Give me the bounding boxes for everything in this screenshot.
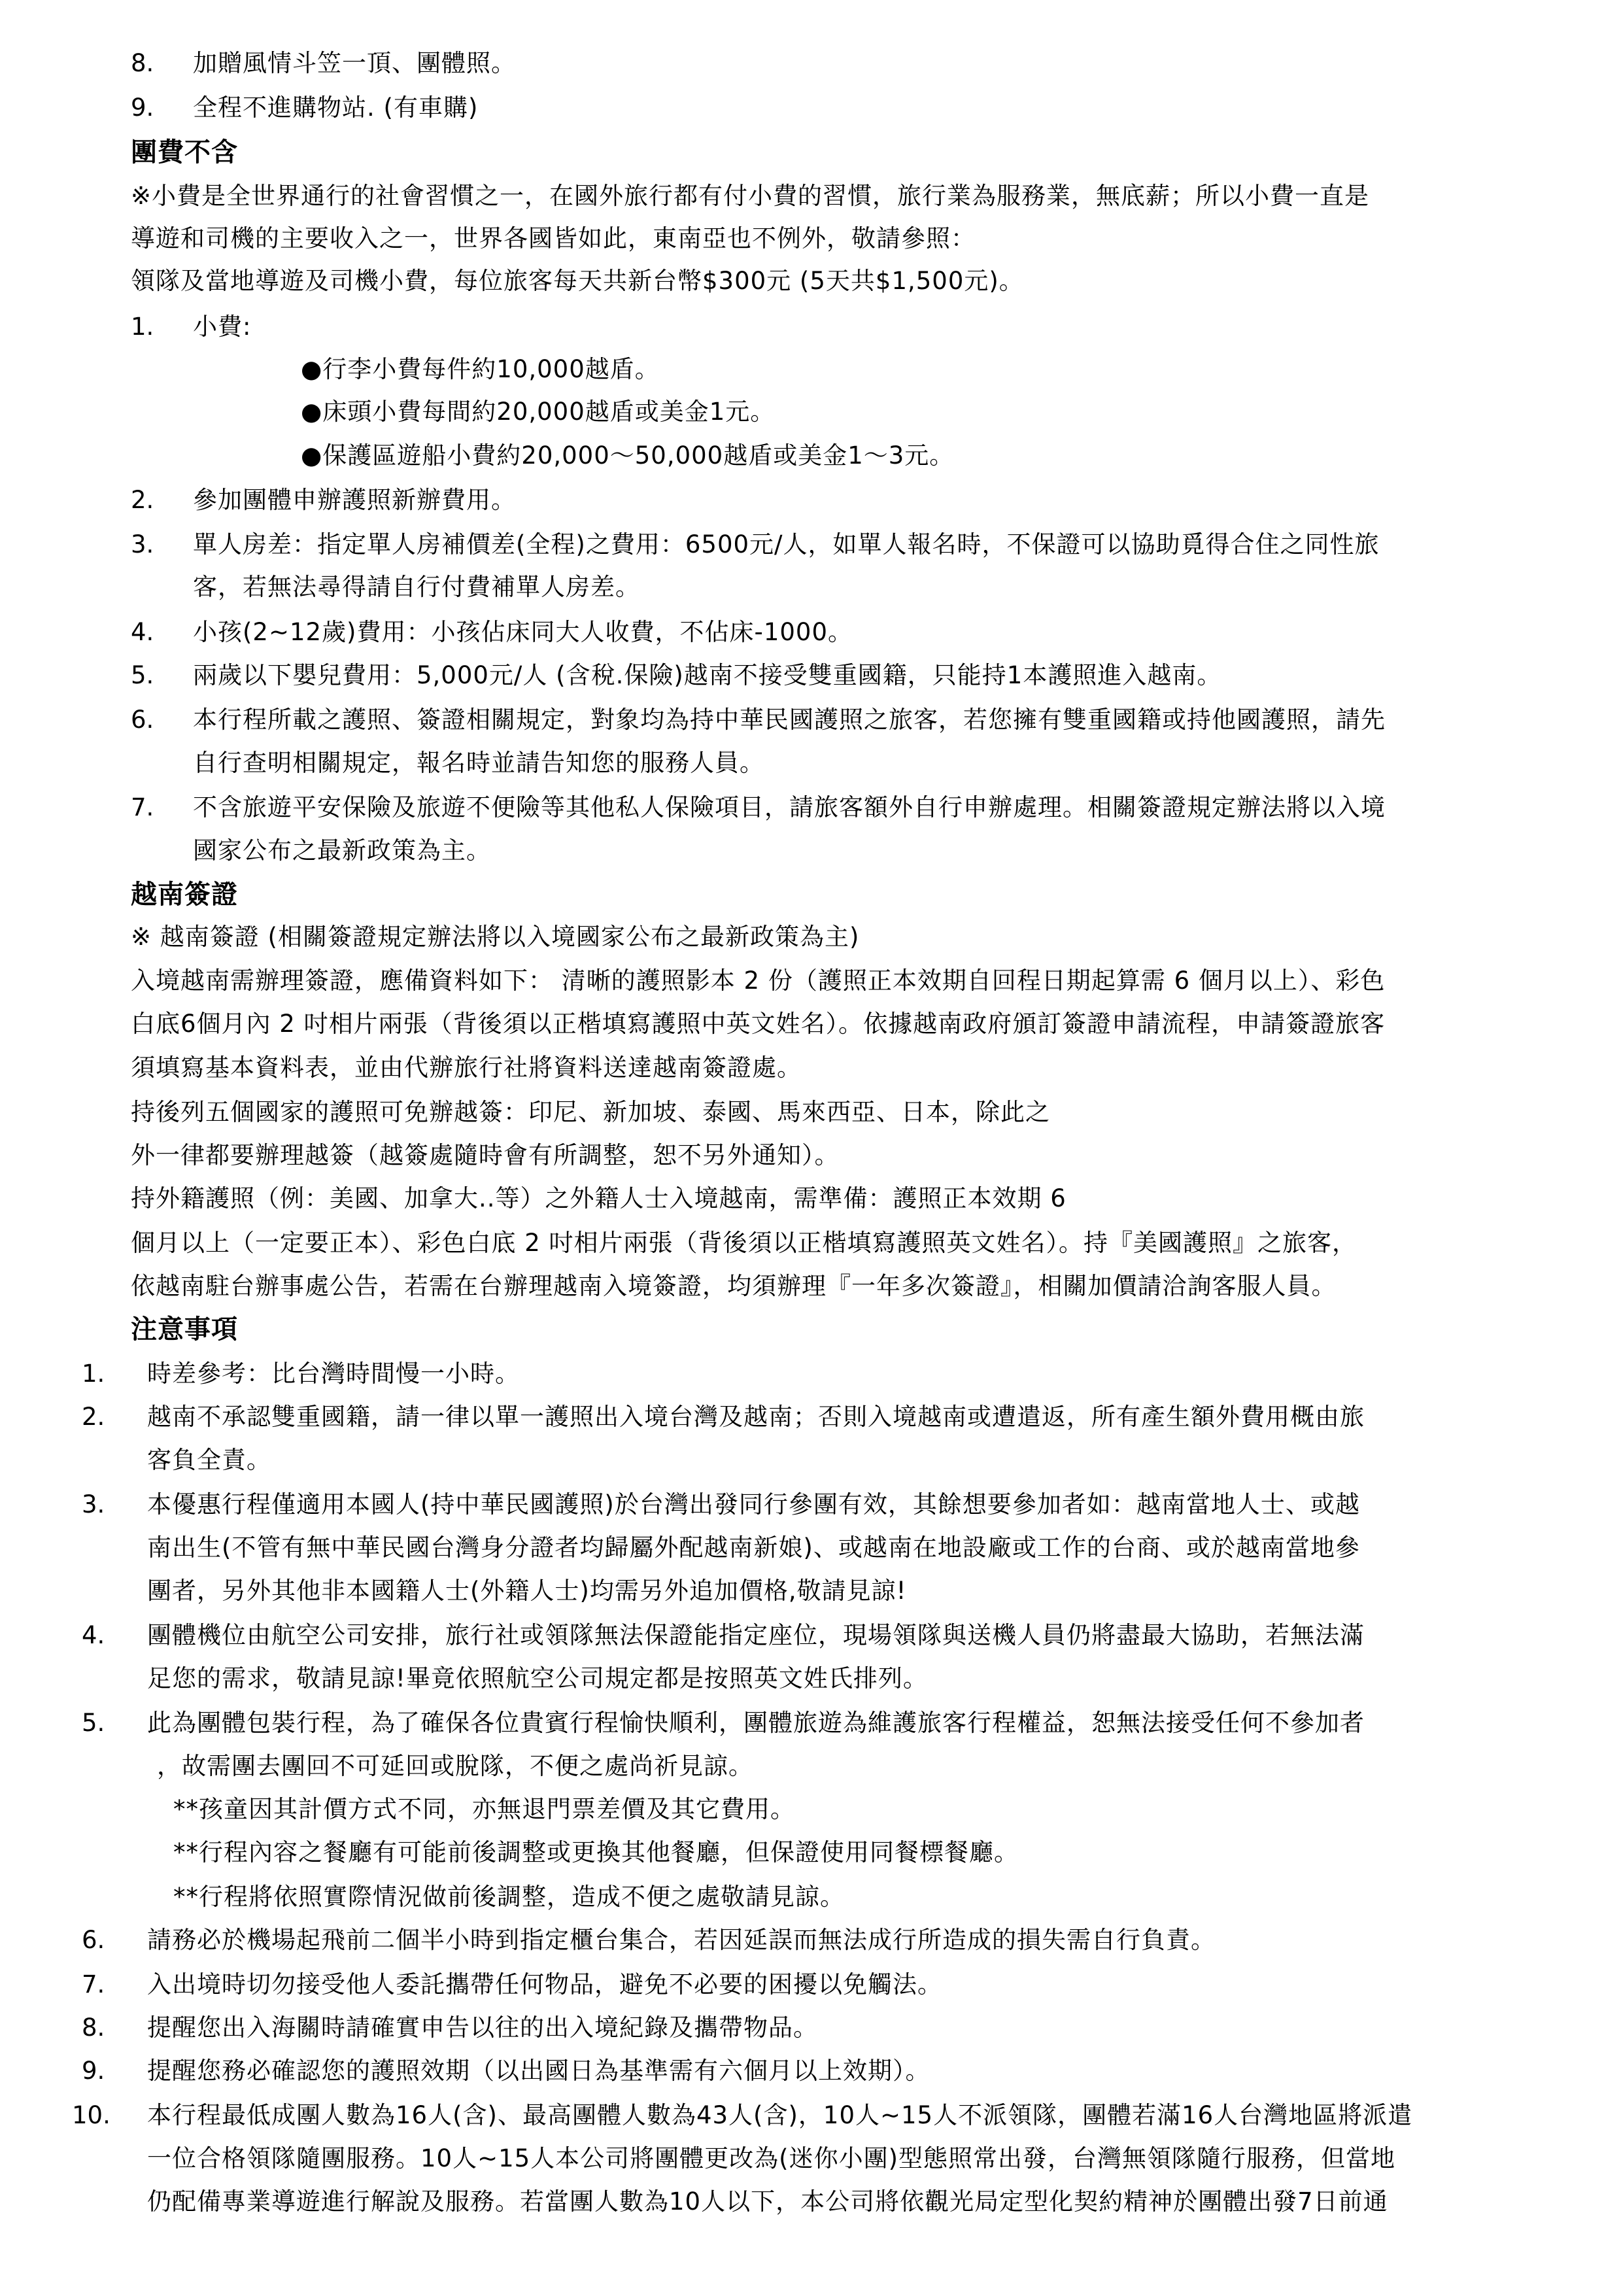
- sub-note: **行程內容之餐廳有可能前後調整或更換其他餐廳，但保證使用同餐標餐廳。: [173, 1836, 1019, 1869]
- list-item: 入出境時切勿接受他人委託攜帶任何物品，避免不必要的困擾以免觸法。: [147, 1968, 942, 2001]
- list-item: 小費:: [193, 311, 251, 343]
- list-item: 參加團體申辦護照新辦費用。: [193, 484, 516, 517]
- paragraph-line: 白底6個月內 2 吋相片兩張（背後須以正楷填寫護照中英文姓名）。依據越南政府頒訂…: [131, 1008, 1385, 1040]
- paragraph-line: 外一律都要辦理越簽（越簽處隨時會有所調整，恕不另外通知）。: [131, 1139, 840, 1172]
- list-item: 兩歲以下嬰兒費用：5,000元/人 (含稅.保險)越南不接受雙重國籍，只能持1本…: [193, 659, 1221, 692]
- list-item: 小孩(2~12歲)費用：小孩佔床同大人收費，不佔床-1000。: [193, 616, 853, 649]
- list-item-continued: 仍配備專業導遊進行解說及服務。若當團人數為10人以下，本公司將依觀光局定型化契約…: [147, 2185, 1388, 2218]
- list-number: 9.: [131, 92, 154, 124]
- list-item: 本優惠行程僅適用本國人(持中華民國護照)於台灣出發同行參團有效，其餘想要參加者如…: [147, 1488, 1360, 1521]
- list-item: 提醒您務必確認您的護照效期（以出國日為基準需有六個月以上效期）。: [147, 2055, 930, 2087]
- list-number: 9.: [82, 2055, 105, 2087]
- list-item: 團體機位由航空公司安排，旅行社或領隊無法保證能指定座位，現場領隊與送機人員仍將盡…: [147, 1619, 1365, 1652]
- list-number: 6.: [131, 704, 154, 736]
- list-item-continued: 自行查明相關規定，報名時並請告知您的服務人員。: [193, 747, 764, 780]
- list-number: 5.: [131, 659, 154, 692]
- list-item-continued: 客，若無法尋得請自行付費補單人房差。: [193, 571, 640, 604]
- list-number: 6.: [82, 1924, 105, 1957]
- section-heading-excluded: 團費不含: [131, 136, 238, 169]
- section-heading-notes: 注意事項: [131, 1313, 238, 1346]
- list-item: 本行程所載之護照、簽證相關規定，對象均為持中華民國護照之旅客，若您擁有雙重國籍或…: [193, 704, 1386, 736]
- list-number: 4.: [131, 616, 154, 649]
- list-item-continued: 客負全責。: [147, 1444, 271, 1477]
- list-item: 提醒您出入海關時請確實申告以往的出入境紀錄及攜帶物品。: [147, 2012, 818, 2044]
- sub-note: **行程將依照實際情況做前後調整，造成不便之處敬請見諒。: [173, 1881, 845, 1913]
- list-number: 2.: [82, 1401, 105, 1433]
- list-item-continued: 一位合格領隊隨團服務。10人~15人本公司將團體更改為(迷你小團)型態照常出發，…: [147, 2142, 1395, 2175]
- list-item: 不含旅遊平安保險及旅遊不便險等其他私人保險項目，請旅客額外自行申辦處理。相關簽證…: [193, 791, 1386, 824]
- list-number: 7.: [82, 1968, 105, 2001]
- paragraph-line: 入境越南需辦理簽證，應備資料如下： 清晰的護照影本 2 份（護照正本效期自回程日…: [131, 965, 1385, 997]
- paragraph-line: 領隊及當地導遊及司機小費，每位旅客每天共新台幣$300元 (5天共$1,500元…: [131, 265, 1024, 298]
- list-item: 全程不進購物站. (有車購): [193, 92, 478, 124]
- paragraph-line: 依越南駐台辦事處公告，若需在台辦理越南入境簽證，均須辦理『一年多次簽證』，相關加…: [131, 1270, 1337, 1303]
- list-number: 2.: [131, 484, 154, 517]
- list-item: 越南不承認雙重國籍，請一律以單一護照出入境台灣及越南；否則入境越南或遭遣返，所有…: [147, 1401, 1365, 1433]
- paragraph-line: 須填寫基本資料表，並由代辦旅行社將資料送達越南簽證處。: [131, 1052, 802, 1084]
- list-number: 1.: [131, 311, 154, 343]
- paragraph-line: 持外籍護照（例：美國、加拿大..等）之外籍人士入境越南，需準備：護照正本效期 6: [131, 1182, 1066, 1215]
- list-number: 8.: [131, 47, 154, 80]
- tip-bullet: ●床頭小費每間約20,000越盾或美金1元。: [301, 396, 775, 428]
- tip-bullet: ●行李小費每件約10,000越盾。: [301, 353, 660, 386]
- list-item-continued: ，故需團去團回不可延回或脫隊，不便之處尚祈見諒。: [157, 1750, 753, 1783]
- list-number: 4.: [82, 1619, 105, 1652]
- list-item-continued: 南出生(不管有無中華民國台灣身分證者均歸屬外配越南新娘)、或越南在地設廠或工作的…: [147, 1532, 1360, 1564]
- list-number: 3.: [131, 528, 154, 561]
- paragraph-line: ※ 越南簽證 (相關簽證規定辦法將以入境國家公布之最新政策為主): [131, 921, 859, 953]
- paragraph-line: 個月以上（一定要正本）、彩色白底 2 吋相片兩張（背後須以正楷填寫護照英文姓名）…: [131, 1227, 1357, 1259]
- list-number: 1.: [82, 1358, 105, 1390]
- list-number: 7.: [131, 791, 154, 824]
- list-item: 此為團體包裝行程，為了確保各位貴賓行程愉快順利，團體旅遊為維護旅客行程權益，恕無…: [147, 1707, 1365, 1739]
- list-item: 單人房差：指定單人房補價差(全程)之費用：6500元/人，如單人報名時，不保證可…: [193, 528, 1380, 561]
- list-item: 請務必於機場起飛前二個半小時到指定櫃台集合，若因延誤而無法成行所造成的損失需自行…: [147, 1924, 1216, 1957]
- list-number: 8.: [82, 2012, 105, 2044]
- document-page: 8. 加贈風情斗笠一頂、團體照。 9. 全程不進購物站. (有車購) 團費不含 …: [0, 0, 1621, 2296]
- list-item-continued: 足您的需求，敬請見諒!畢竟依照航空公司規定都是按照英文姓氏排列。: [147, 1662, 928, 1695]
- list-item: 時差參考：比台灣時間慢一小時。: [147, 1358, 520, 1390]
- paragraph-line: 持後列五個國家的護照可免辦越簽：印尼、新加坡、泰國、馬來西亞、日本，除此之: [131, 1096, 1050, 1129]
- list-item-continued: 團者，另外其他非本國籍人士(外籍人士)均需另外追加價格,敬請見諒!: [147, 1575, 906, 1607]
- section-heading-visa: 越南簽證: [131, 878, 238, 911]
- list-item-continued: 國家公布之最新政策為主。: [193, 834, 491, 867]
- list-number: 5.: [82, 1707, 105, 1739]
- tip-bullet: ●保護區遊船小費約20,000～50,000越盾或美金1～3元。: [301, 439, 954, 472]
- list-item: 加贈風情斗笠一頂、團體照。: [193, 47, 516, 80]
- paragraph-line: ※小費是全世界通行的社會習慣之一，在國外旅行都有付小費的習慣，旅行業為服務業，無…: [131, 180, 1369, 213]
- list-number: 10.: [72, 2099, 111, 2132]
- list-item: 本行程最低成團人數為16人(含)、最高團體人數為43人(含)，10人~15人不派…: [147, 2099, 1412, 2132]
- paragraph-line: 導遊和司機的主要收入之一，世界各國皆如此，東南亞也不例外，敬請參照：: [131, 222, 976, 255]
- sub-note: **孩童因其計價方式不同，亦無退門票差價及其它費用。: [173, 1793, 795, 1826]
- list-number: 3.: [82, 1488, 105, 1521]
